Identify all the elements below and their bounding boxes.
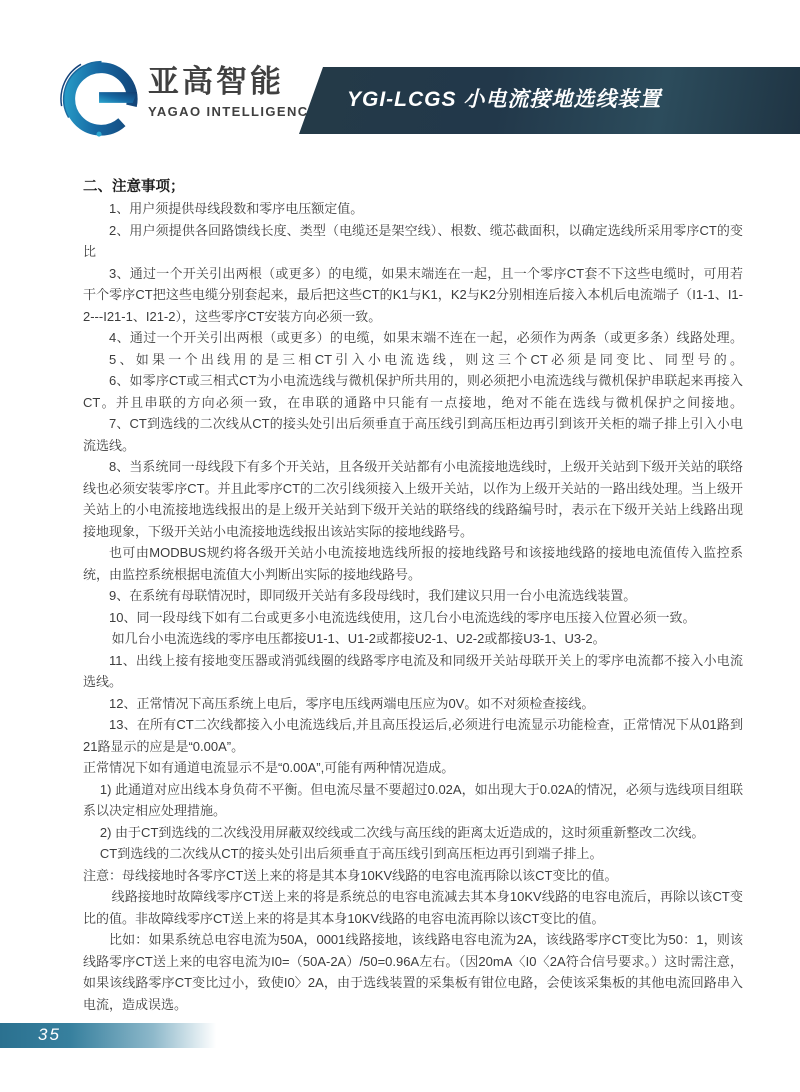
paragraph: 11、出线上接有接地变压器或消弧线圈的线路零序电流及和同级开关站母联开关上的零序… [83,650,743,693]
section-title: 二、注意事项； [83,176,743,198]
paragraph: 2) 由于CT到选线的二次线没用屏蔽双绞线或二次线与高压线的距离太近造成的，这时… [83,822,743,844]
manual-page: 亚高智能 YAGAO INTELLIGENCE YGI-LCGS 小电流接地选线… [0,0,800,1092]
paragraph: 13、在所有CT二次线都接入小电流选线后,并且高压投运后,必须进行电流显示功能检… [83,714,743,757]
paragraph: 比如：如果系统总电容电流为50A，0001线路接地，该线路电容电流为2A，该线路… [83,929,743,1015]
paragraph: 6、如零序CT或三相式CT为小电流选线与微机保护所共用的，则必须把小电流选线与微… [83,370,743,413]
paragraph: 正常情况下如有通道电流显示不是“0.00A”,可能有两种情况造成。 [83,757,743,779]
paragraph: CT到选线的二次线从CT的接头处引出后须垂直于高压线引到高压柜边再引到端子排上。 [83,843,743,865]
yagao-logo-icon [60,56,142,140]
paragraph: 线路接地时故障线零序CT送上来的将是系统总的电容电流减去其本身10KV线路的电容… [83,886,743,929]
header-banner: YGI-LCGS 小电流接地选线装置 [299,67,800,134]
paragraph: 10、同一段母线下如有二台或更多小电流选线使用，这几台小电流选线的零序电压接入位… [83,607,743,629]
paragraph: 注意：母线接地时各零序CT送上来的将是其本身10KV线路的电容电流再除以该CT变… [83,865,743,887]
header-logo: 亚高智能 YAGAO INTELLIGENCE [60,56,319,140]
page-number: 35 [38,1023,61,1048]
product-title: YGI-LCGS 小电流接地选线装置 [299,67,800,132]
paragraph-list: 1、用户须提供母线段数和零序电压额定值。2、用户须提供各回路馈线长度、类型（电缆… [83,198,743,1015]
paragraph: 1) 此通道对应出线本身负荷不平衡。但电流尽量不要超过0.02A，如出现大于0.… [83,779,743,822]
brand-name-cn: 亚高智能 [148,66,319,98]
paragraph: 2、用户须提供各回路馈线长度、类型（电缆还是架空线）、根数、缆芯截面积，以确定选… [83,220,743,263]
brand-text: 亚高智能 YAGAO INTELLIGENCE [148,56,319,119]
paragraph: 9、在系统有母联情况时，即同级开关站有多段母线时，我们建议只用一台小电流选线装置… [83,585,743,607]
paragraph: 4、通过一个开关引出两根（或更多）的电缆，如果末端不连在一起，必须作为两条（或更… [83,327,743,349]
document-body: 二、注意事项； 1、用户须提供母线段数和零序电压额定值。2、用户须提供各回路馈线… [83,176,743,1015]
paragraph: 如几台小电流选线的零序电压都接U1-1、U1-2或都接U2-1、U2-2或都接U… [83,628,743,650]
paragraph: 7、CT到选线的二次线从CT的接头处引出后须垂直于高压线引到高压柜边再引到该开关… [83,413,743,456]
footer-bar: 35 [0,1023,235,1048]
paragraph: 也可由MODBUS规约将各级开关站小电流接地选线所报的接地线路号和该接地线路的接… [83,542,743,585]
paragraph: 5、如果一个出线用的是三相CT引入小电流选线，则这三个CT必须是同变比、同型号的… [83,349,743,371]
paragraph: 12、正常情况下高压系统上电后，零序电压线两端电压应为0V。如不对须检查接线。 [83,693,743,715]
paragraph: 8、当系统同一母线段下有多个开关站，且各级开关站都有小电流接地选线时，上级开关站… [83,456,743,542]
brand-name-en: YAGAO INTELLIGENCE [148,105,319,119]
paragraph: 3、通过一个开关引出两根（或更多）的电缆，如果末端连在一起，且一个零序CT套不下… [83,263,743,328]
paragraph: 1、用户须提供母线段数和零序电压额定值。 [83,198,743,220]
